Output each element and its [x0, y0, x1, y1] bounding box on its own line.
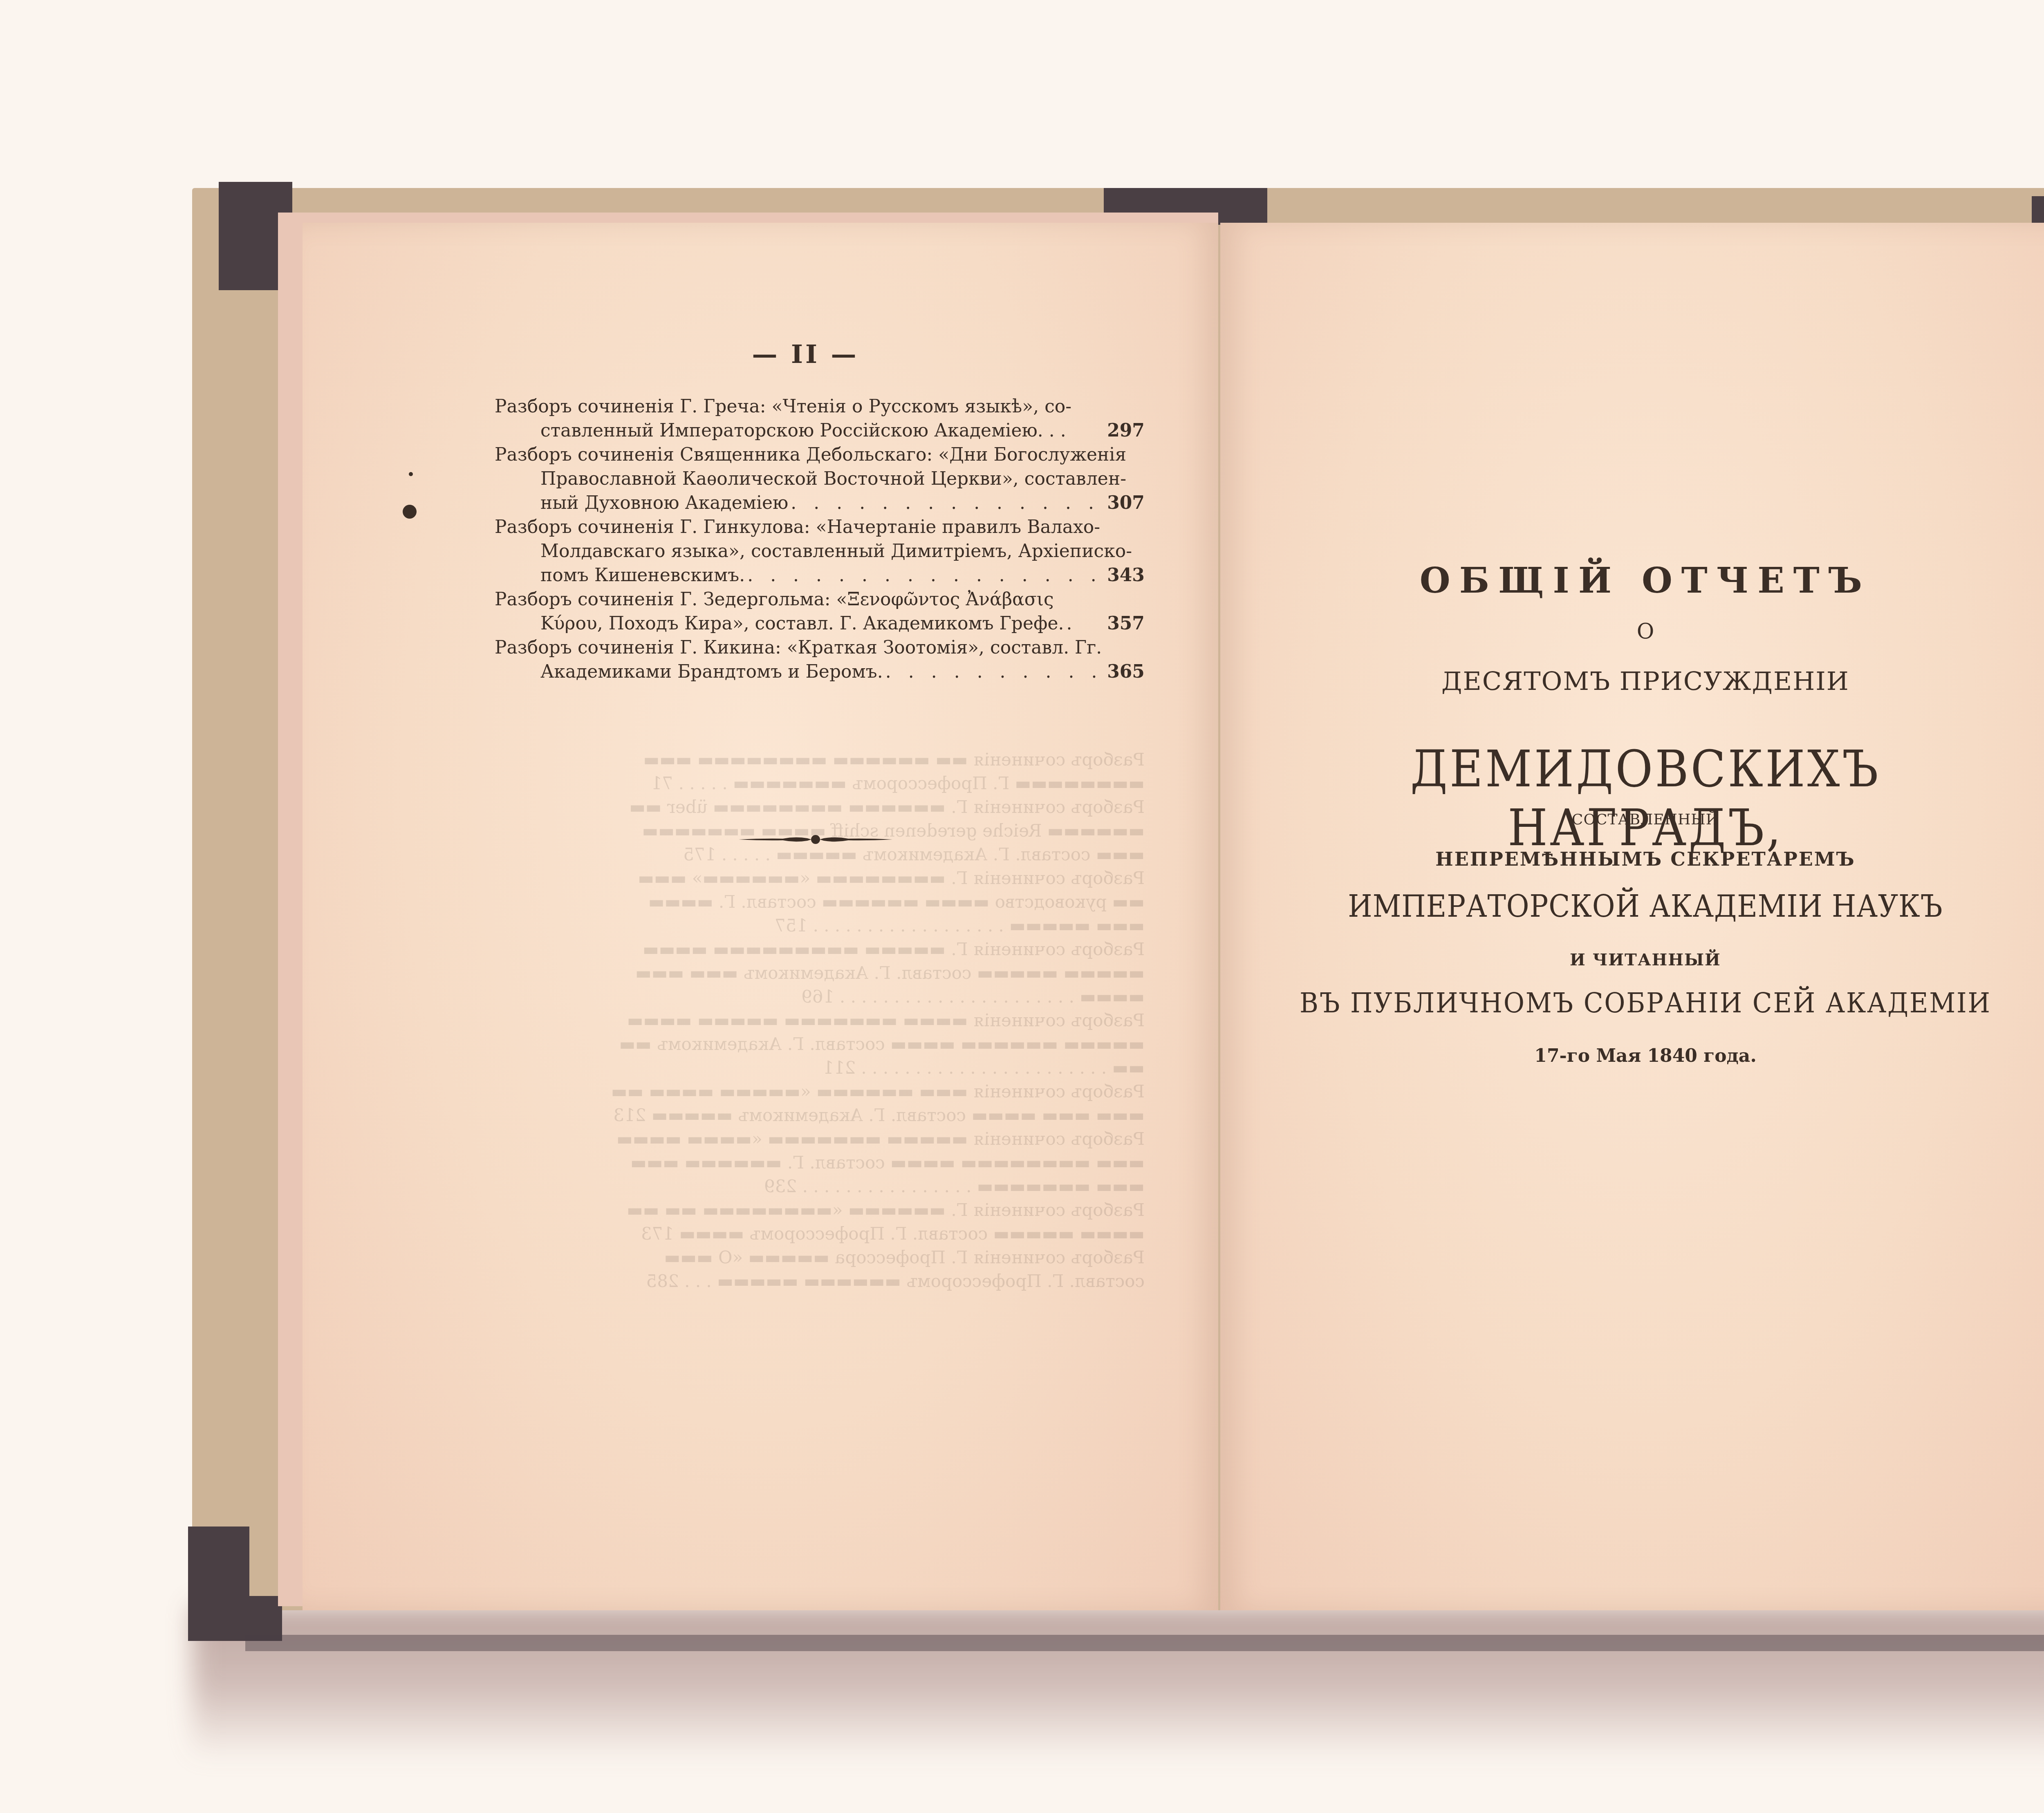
title-permanent-secretary: НЕПРЕМѢННЫМЪ СЕКРЕТАРЕМЪ — [1247, 848, 2044, 870]
toc-entry-text: ставленный Императорскою Россійскою Акад… — [540, 419, 1066, 443]
toc-entry-text: Разборъ сочиненія Г. Зедергольма: «Ξενοφ… — [495, 587, 1054, 611]
leader-dots: . . . . . . . . . . . . . . . . . . . . … — [883, 660, 1107, 684]
title-and-read: И ЧИТАННЫЙ — [1247, 950, 2044, 969]
toc-page-number: 307 — [1107, 491, 1145, 515]
ink-spot — [403, 505, 417, 519]
toc-page-number: 365 — [1107, 660, 1145, 684]
toc-entry: Разборъ сочиненія Г. Кикина: «Краткая Зо… — [495, 636, 1145, 684]
toc-page-number: 297 — [1107, 419, 1145, 443]
title-imperial-academy: ИМПЕРАТОРСКОЙ АКАДЕМІИ НАУКЪ — [1279, 889, 2012, 924]
toc-entry: Разборъ сочиненія Священника Дебольскаго… — [495, 443, 1145, 515]
toc-entry-text: помъ Кишеневскимъ. — [540, 563, 745, 587]
title-demidov-prizes: ДЕМИДОВСКИХЪ НАГРАДЪ, — [1287, 740, 2004, 857]
toc-entry: Разборъ сочиненія Г. Греча: «Чтенія о Ру… — [495, 394, 1145, 443]
table-of-contents: Разборъ сочиненія Г. Греча: «Чтенія о Ру… — [495, 394, 1145, 684]
title-tenth-award: ДЕСЯТОМЪ ПРИСУЖДЕНІИ — [1247, 666, 2044, 696]
leader-dots: . . . . . . . . . . . . . . . . . . . . … — [788, 491, 1107, 515]
toc-entry-text: Разборъ сочиненія Г. Гинкулова: «Начерта… — [495, 515, 1100, 539]
toc-entry-text: Молдавскаго языка», составленный Димитрі… — [540, 539, 1132, 563]
leader-dots: . — [1064, 611, 1107, 636]
toc-entry-text: Разборъ сочиненія Г. Кикина: «Краткая Зо… — [495, 636, 1102, 660]
cloth-spine-bottom — [245, 1635, 2044, 1651]
book-shadow — [192, 1606, 2044, 1762]
toc-page-number: 357 — [1107, 611, 1145, 636]
title-preposition: О — [1247, 619, 2044, 644]
toc-entry-text: Академиками Брандтомъ и Беромъ. — [540, 660, 883, 684]
toc-entry-text: Православной Каѳолической Восточной Церк… — [540, 467, 1126, 491]
title-general-report: ОБЩІЙ ОТЧЕТЪ — [1247, 560, 2044, 601]
toc-entry-text: Разборъ сочиненія Г. Греча: «Чтенія о Ру… — [495, 394, 1071, 419]
running-head: — II — — [744, 339, 867, 369]
ink-spot — [409, 472, 413, 476]
toc-entry-text: ный Духовною Академіею — [540, 491, 788, 515]
toc-entry: Разборъ сочиненія Г. Гинкулова: «Начерта… — [495, 515, 1145, 587]
leader-dots: . . . . . . . . . . . . . . . . . . . . … — [745, 563, 1107, 587]
title-public-meeting: ВЪ ПУБЛИЧНОМЪ СОБРАНІИ СЕЙ АКАДЕМІИ — [1279, 987, 2012, 1019]
title-compiled: СОСТАВЛЕННЫЙ — [1247, 811, 2044, 828]
toc-entry: Разборъ сочиненія Г. Зедергольма: «Ξενοφ… — [495, 587, 1145, 636]
toc-page-number: 343 — [1107, 563, 1145, 587]
cloth-corner-bottom-left-bottom — [188, 1596, 282, 1641]
toc-entry-text: Κύρου, Походъ Кира», составл. Г. Академи… — [540, 611, 1064, 636]
leader-dots — [1066, 419, 1107, 443]
toc-entry-text: Разборъ сочиненія Священника Дебольскаго… — [495, 443, 1126, 467]
title-date: 17-го Мая 1840 года. — [1247, 1045, 2044, 1066]
show-through-text: Разборъ сочиненія ▬▬ ▬▬▬▬▬▬ ▬▬▬▬▬▬▬▬ ▬▬▬… — [495, 748, 1145, 1293]
